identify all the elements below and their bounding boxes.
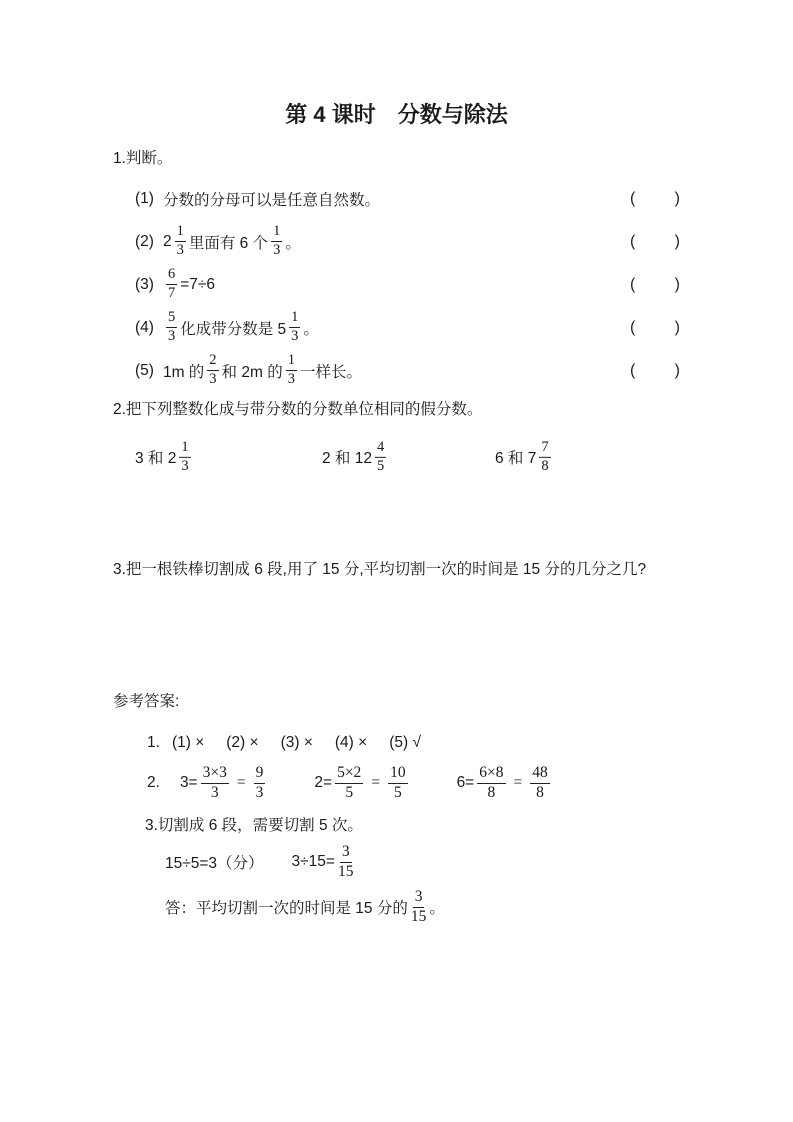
judge-row-1: (1)分数的分母可以是任意自然数。 () <box>113 177 680 220</box>
item-number: (3) <box>135 276 154 294</box>
fraction: 13 <box>271 224 282 258</box>
fraction: 105 <box>388 765 408 801</box>
equals-sign: = <box>514 774 523 792</box>
denominator: 8 <box>541 458 548 475</box>
bracket-open: ( <box>630 319 635 337</box>
denominator: 3 <box>288 371 295 388</box>
statement-end: 一样长。 <box>300 360 362 382</box>
denominator: 3 <box>211 784 219 802</box>
answer-3-calculations: 15÷5=3（分） 3÷15= 315 <box>113 840 680 884</box>
item-number: (1) <box>135 190 154 208</box>
denominator: 7 <box>168 285 175 302</box>
denominator: 5 <box>394 784 402 802</box>
answer-1-item-4: (4) × <box>335 734 367 751</box>
item-number: (5) <box>135 362 154 380</box>
expression-text: 3 和 2 <box>135 446 176 468</box>
answer-3-sentence: 答：平均切割一次的时间是 15 分的 315 。 <box>113 884 680 930</box>
judge-row-3: (3)67=7÷6 () <box>113 263 680 306</box>
equation-lead: 2= <box>314 774 332 792</box>
answer-2-equation-1: 3=3×33=93 <box>180 765 268 801</box>
statement-text: 和 2m 的 <box>222 360 283 382</box>
answer-bracket-5: () <box>630 362 680 380</box>
answers-header: 参考答案: <box>113 692 680 712</box>
fraction: 3×33 <box>201 765 229 801</box>
judge-statement-3: (3)67=7÷6 <box>113 267 215 301</box>
answer-2-equation-3: 6=6×88=488 <box>457 765 553 801</box>
statement-end: 。 <box>285 231 301 253</box>
bracket-close: ) <box>675 190 680 208</box>
question-2-label: 2.把下列整数化成与带分数的分数单位相同的假分数。 <box>113 400 680 420</box>
answer-1-item-3: (3) × <box>281 734 313 751</box>
numerator: 3 <box>340 844 352 863</box>
denominator: 3 <box>273 242 280 259</box>
fraction: 23 <box>207 353 218 387</box>
denominator: 8 <box>536 784 544 802</box>
item-number: (2) <box>135 233 154 251</box>
answer-1-row: 1.(1) ×(2) ×(3) ×(4) ×(5) √ <box>113 734 680 752</box>
worksheet-page: 第 4 课时 分数与除法 1.判断。 (1)分数的分母可以是任意自然数。 () … <box>0 0 793 1122</box>
fraction: 53 <box>166 310 177 344</box>
numerator: 6 <box>166 267 177 285</box>
q2-expression-2: 2 和 1245 <box>322 440 389 474</box>
answer-2-row: 2. 3=3×33=93 2=5×25=105 6=6×88=488 <box>113 760 680 806</box>
answer-sentence-end: 。 <box>429 896 445 918</box>
fraction: 315 <box>338 844 354 880</box>
judge-statement-4: (4)53化成带分数是 513。 <box>113 310 319 344</box>
numerator: 7 <box>539 440 550 458</box>
equals-sign: = <box>371 774 380 792</box>
numerator: 1 <box>289 310 300 328</box>
fraction: 315 <box>411 889 427 925</box>
numerator: 48 <box>530 765 550 784</box>
statement-text: =7÷6 <box>180 276 215 294</box>
denominator: 3 <box>177 242 184 259</box>
bracket-open: ( <box>630 190 635 208</box>
numerator: 10 <box>388 765 408 784</box>
equation-lead: 6= <box>457 774 475 792</box>
item-number: (4) <box>135 319 154 337</box>
bracket-close: ) <box>675 233 680 251</box>
fraction: 67 <box>166 267 177 301</box>
statement-text: 1m 的 <box>163 360 204 382</box>
equation-lead: 3= <box>180 774 198 792</box>
fraction: 488 <box>530 765 550 801</box>
answer-1-item-2: (2) × <box>226 734 258 751</box>
statement-text: 化成带分数是 5 <box>180 317 286 339</box>
q2-expression-3: 6 和 778 <box>495 440 554 474</box>
denominator: 3 <box>168 328 175 345</box>
expression-text: 2 和 12 <box>322 446 372 468</box>
denominator: 5 <box>377 458 384 475</box>
calc-1: 15÷5=3（分） <box>165 851 264 873</box>
answer-3-line-1: 3.切割成 6 段，需要切割 5 次。 <box>113 816 680 836</box>
fraction: 13 <box>286 353 297 387</box>
answer-bracket-4: () <box>630 319 680 337</box>
denominator: 8 <box>488 784 496 802</box>
expression-text: 6 和 7 <box>495 446 536 468</box>
numerator: 1 <box>179 440 190 458</box>
bracket-open: ( <box>630 362 635 380</box>
judge-statement-5: (5)1m 的23和 2m 的13一样长。 <box>113 353 362 387</box>
fraction: 93 <box>254 765 266 801</box>
fraction: 5×25 <box>335 765 363 801</box>
statement-text: 分数的分母可以是任意自然数。 <box>163 188 380 210</box>
fraction: 13 <box>289 310 300 344</box>
numerator: 5×2 <box>335 765 363 784</box>
answer-bracket-3: () <box>630 276 680 294</box>
denominator: 3 <box>181 458 188 475</box>
denominator: 3 <box>291 328 298 345</box>
question-2-expressions: 3 和 213 2 和 1245 6 和 778 <box>113 434 680 480</box>
fraction: 6×88 <box>477 765 505 801</box>
numerator: 1 <box>286 353 297 371</box>
calc-2-lead: 3÷15= <box>292 853 335 871</box>
answer-1-item-5: (5) √ <box>389 734 421 751</box>
q2-expression-1: 3 和 213 <box>135 440 194 474</box>
numerator: 9 <box>254 765 266 784</box>
answer-1-label: 1. <box>147 734 160 751</box>
fraction: 13 <box>179 440 190 474</box>
numerator: 1 <box>271 224 282 242</box>
numerator: 1 <box>175 224 186 242</box>
denominator: 3 <box>256 784 264 802</box>
answer-1-item-1: (1) × <box>172 734 204 751</box>
fraction: 45 <box>375 440 386 474</box>
answer-2-equation-2: 2=5×25=105 <box>314 765 410 801</box>
denominator: 15 <box>338 863 354 881</box>
judge-row-2: (2)213里面有 6 个13。 () <box>113 220 680 263</box>
answer-bracket-2: () <box>630 233 680 251</box>
numerator: 6×8 <box>477 765 505 784</box>
bracket-close: ) <box>675 276 680 294</box>
worksheet-title: 第 4 课时 分数与除法 <box>113 103 680 127</box>
denominator: 3 <box>209 371 216 388</box>
statement-end: 。 <box>303 317 319 339</box>
numerator: 4 <box>375 440 386 458</box>
bracket-open: ( <box>630 276 635 294</box>
judge-row-5: (5)1m 的23和 2m 的13一样长。 () <box>113 349 680 392</box>
denominator: 15 <box>411 908 427 926</box>
bracket-close: ) <box>675 319 680 337</box>
whole-number: 2 <box>163 233 172 251</box>
answer-sentence-text: 答：平均切割一次的时间是 15 分的 <box>165 896 408 918</box>
judge-statement-1: (1)分数的分母可以是任意自然数。 <box>113 188 380 210</box>
answer-2-label: 2. <box>147 774 160 792</box>
fraction: 78 <box>539 440 550 474</box>
numerator: 5 <box>166 310 177 328</box>
judge-row-4: (4)53化成带分数是 513。 () <box>113 306 680 349</box>
statement-text: 里面有 6 个 <box>189 231 268 253</box>
numerator: 2 <box>207 353 218 371</box>
question-1-label: 1.判断。 <box>113 149 680 169</box>
bracket-close: ) <box>675 362 680 380</box>
bracket-open: ( <box>630 233 635 251</box>
judge-statement-2: (2)213里面有 6 个13。 <box>113 224 301 258</box>
denominator: 5 <box>345 784 353 802</box>
question-1-items: (1)分数的分母可以是任意自然数。 () (2)213里面有 6 个13。 ()… <box>113 177 680 392</box>
question-3-text: 3.把一根铁棒切割成 6 段,用了 15 分,平均切割一次的时间是 15 分的几… <box>113 560 680 580</box>
numerator: 3 <box>413 889 425 908</box>
fraction: 13 <box>175 224 186 258</box>
numerator: 3×3 <box>201 765 229 784</box>
answer-bracket-1: () <box>630 190 680 208</box>
equals-sign: = <box>237 774 246 792</box>
